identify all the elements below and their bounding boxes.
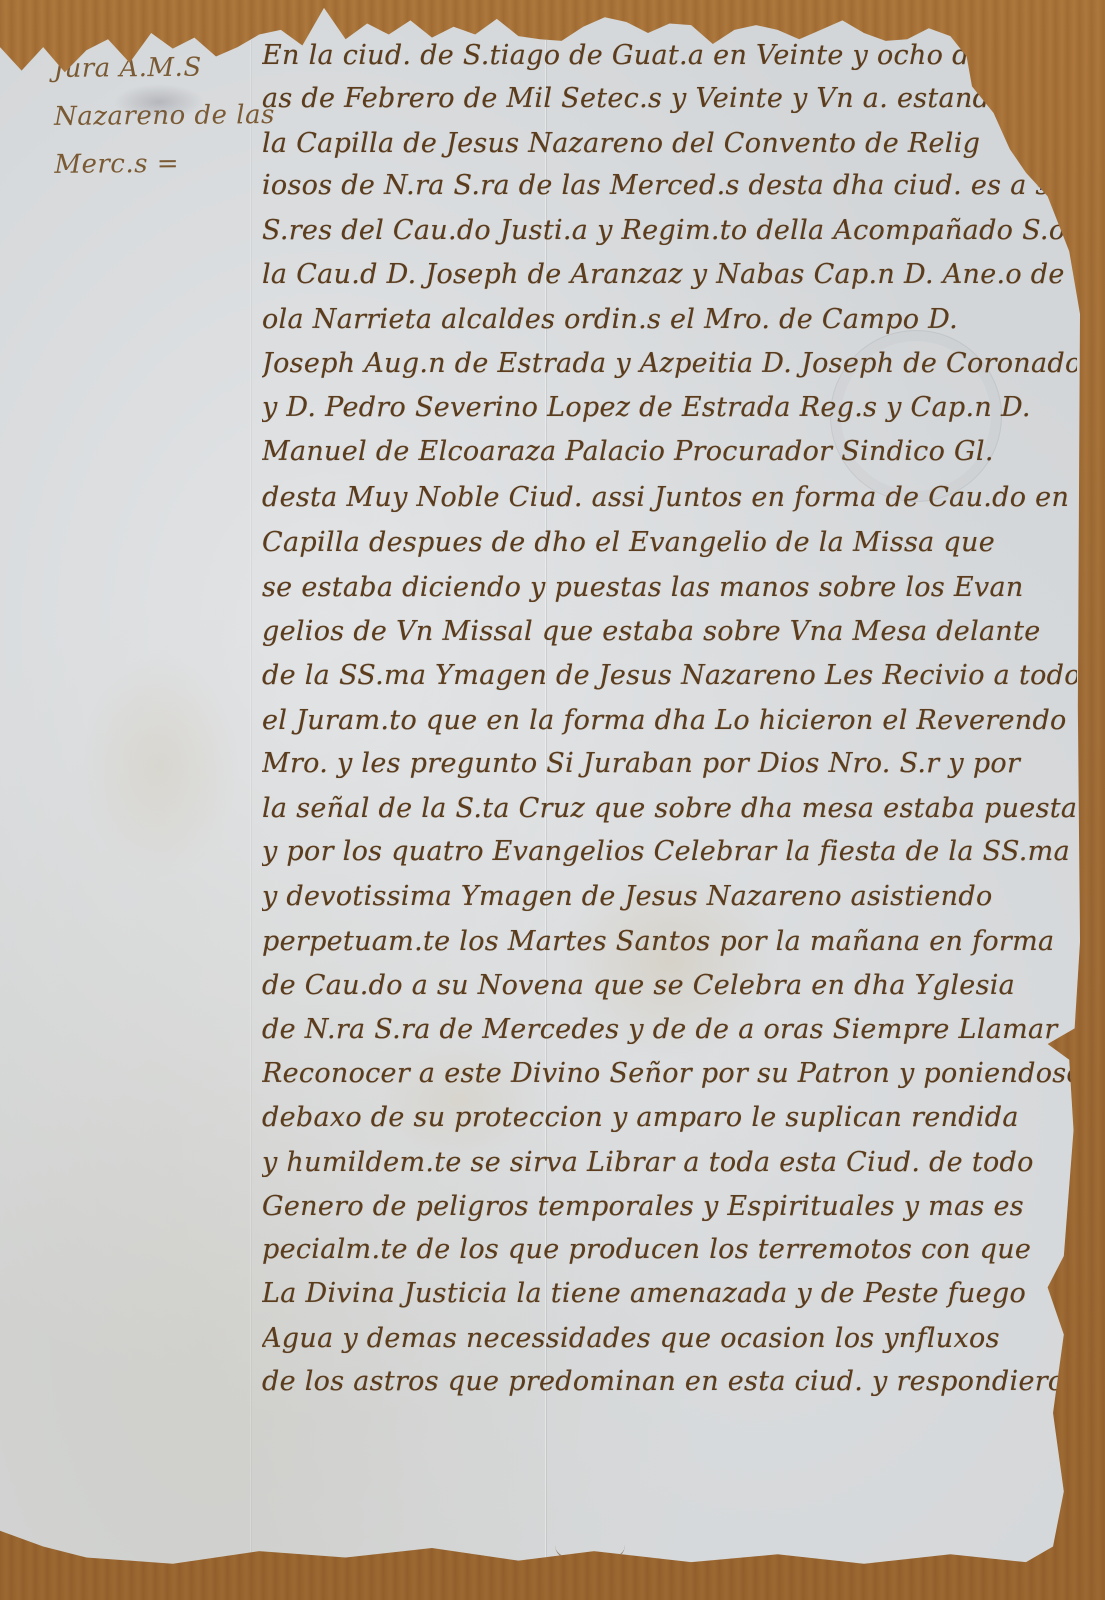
margin-note-line: Merc.s =	[54, 139, 264, 189]
manuscript-line: desta Muy Noble Ciud. assi Juntos en for…	[262, 482, 1077, 513]
manuscript-line: se estaba diciendo y puestas las manos s…	[262, 572, 1077, 603]
manuscript-line: La Divina Justicia la tiene amenazada y …	[262, 1278, 1077, 1309]
manuscript-line: de los astros que predominan en esta ciu…	[262, 1366, 1077, 1397]
manuscript-page: Jura A.M.S Nazareno de las Merc.s = En l…	[0, 0, 1080, 1570]
archive-ink-mark: Arch.	[1040, 140, 1054, 190]
manuscript-line: Agua y demas necessidades que ocasion lo…	[262, 1323, 1077, 1354]
manuscript-line: y devotissima Ymagen de Jesus Nazareno a…	[262, 881, 1077, 912]
manuscript-line: perpetuam.te los Martes Santos por la ma…	[262, 926, 1077, 957]
water-stain	[80, 650, 240, 880]
manuscript-line: as de Febrero de Mil Setec.s y Veinte y …	[262, 83, 1077, 114]
manuscript-line: debaxo de su proteccion y amparo le supl…	[262, 1102, 1077, 1133]
ink-smudge	[114, 84, 204, 121]
manuscript-line: gelios de Vn Missal que estaba sobre Vna…	[262, 616, 1077, 647]
manuscript-line: Genero de peligros temporales y Espiritu…	[262, 1191, 1077, 1222]
manuscript-line: iosos de N.ra S.ra de las Merced.s desta…	[262, 170, 1077, 201]
manuscript-line: de la SS.ma Ymagen de Jesus Nazareno Les…	[262, 660, 1077, 691]
manuscript-line: el Juram.to que en la forma dha Lo hicie…	[262, 705, 1077, 736]
manuscript-line: pecialm.te de los que producen los terre…	[262, 1234, 1077, 1265]
manuscript-line: y D. Pedro Severino Lopez de Estrada Reg…	[262, 392, 1077, 423]
paper-fold-line	[250, 40, 251, 1560]
manuscript-line: la Cau.d D. Joseph de Aranzaz y Nabas Ca…	[262, 259, 1077, 290]
manuscript-line: Mro. y les pregunto Si Juraban por Dios …	[262, 748, 1077, 779]
manuscript-line: Joseph Aug.n de Estrada y Azpeitia D. Jo…	[262, 348, 1077, 379]
manuscript-line: Manuel de Elcoaraza Palacio Procurador S…	[262, 436, 1077, 467]
manuscript-line: la señal de la S.ta Cruz que sobre dha m…	[262, 793, 1077, 824]
margin-note: Jura A.M.S Nazareno de las Merc.s =	[53, 43, 264, 189]
manuscript-line: y humildem.te se sirva Librar a toda est…	[262, 1147, 1077, 1178]
manuscript-line: En la ciud. de S.tiago de Guat.a en Vein…	[262, 40, 1077, 71]
manuscript-line: de N.ra S.ra de Mercedes y de de a oras …	[262, 1014, 1077, 1045]
manuscript-line: Reconocer a este Divino Señor por su Pat…	[262, 1058, 1077, 1089]
manuscript-line: y por los quatro Evangelios Celebrar la …	[262, 836, 1077, 867]
manuscript-line: de Cau.do a su Novena que se Celebra en …	[262, 970, 1077, 1001]
manuscript-line: S.res del Cau.do Justi.a y Regim.to dell…	[262, 215, 1077, 246]
closing-flourish	[555, 1545, 625, 1559]
manuscript-line: la Capilla de Jesus Nazareno del Convent…	[262, 128, 1077, 159]
manuscript-line: ola Narrieta alcaldes ordin.s el Mro. de…	[262, 304, 1077, 335]
manuscript-line: Capilla despues de dho el Evangelio de l…	[262, 527, 1077, 558]
